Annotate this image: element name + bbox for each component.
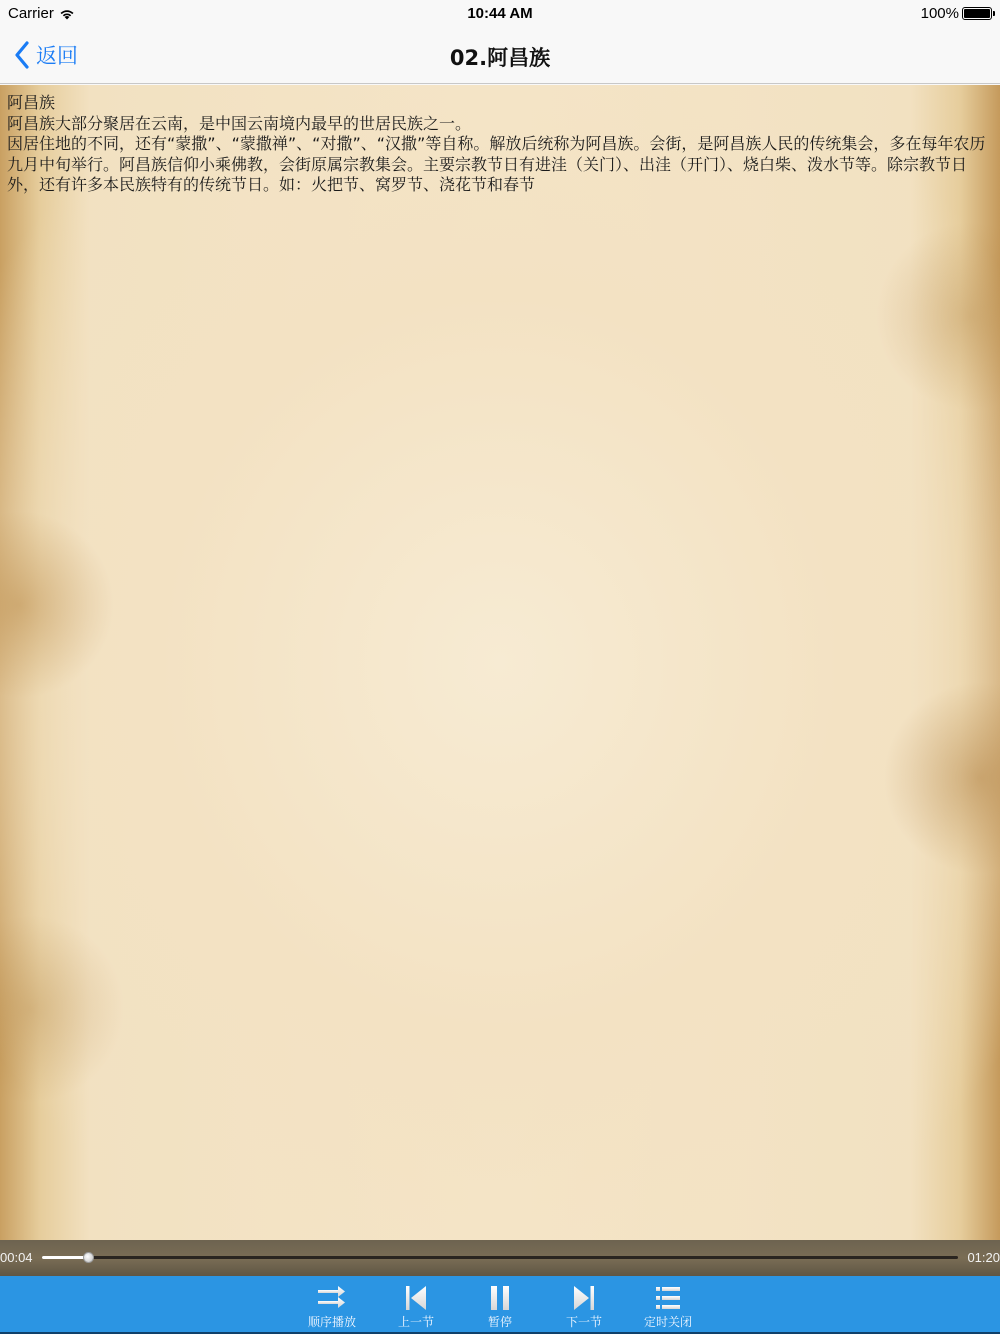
total-time: 01:20 — [967, 1250, 1000, 1265]
article-paragraph: 因居住地的不同，还有“蒙撒”、“蒙撒禅”、“对撒”、“汉撒”等自称。解放后统称为… — [7, 134, 992, 196]
previous-track-button[interactable]: 上一节 — [374, 1276, 458, 1332]
timer-close-label: 定时关闭 — [644, 1313, 692, 1330]
pause-button[interactable]: 暂停 — [458, 1276, 542, 1332]
current-time: 00:04 — [0, 1250, 33, 1265]
progress-slider[interactable] — [42, 1256, 958, 1259]
page-title: 02.阿昌族 — [0, 42, 1000, 72]
playback-toolbar: 顺序播放 上一节 暂停 下一节 定时关闭 — [0, 1276, 1000, 1334]
content-area: 阿昌族 阿昌族大部分聚居在云南，是中国云南境内最早的世居民族之一。 因居住地的不… — [0, 85, 1000, 1240]
repeat-order-label: 顺序播放 — [308, 1313, 356, 1330]
repeat-order-button[interactable]: 顺序播放 — [290, 1276, 374, 1332]
battery-icon — [962, 7, 992, 20]
progress-fill — [42, 1256, 88, 1259]
previous-track-label: 上一节 — [398, 1313, 434, 1330]
pause-icon — [484, 1284, 516, 1312]
article-text: 阿昌族 阿昌族大部分聚居在云南，是中国云南境内最早的世居民族之一。 因居住地的不… — [0, 85, 1000, 196]
progress-thumb[interactable] — [83, 1252, 94, 1263]
battery-info: 100% — [921, 5, 992, 22]
pause-label: 暂停 — [488, 1313, 512, 1330]
next-track-icon — [568, 1284, 600, 1312]
navigation-bar: 返回 02.阿昌族 — [0, 28, 1000, 84]
repeat-order-icon — [316, 1284, 348, 1312]
battery-percent: 100% — [921, 5, 959, 22]
next-track-button[interactable]: 下一节 — [542, 1276, 626, 1332]
next-track-label: 下一节 — [566, 1313, 602, 1330]
status-time: 10:44 AM — [0, 5, 1000, 22]
article-paragraph: 阿昌族大部分聚居在云南，是中国云南境内最早的世居民族之一。 — [7, 114, 992, 135]
timer-list-icon — [652, 1284, 684, 1312]
status-bar: Carrier 10:44 AM 100% — [0, 0, 1000, 28]
timer-close-button[interactable]: 定时关闭 — [626, 1276, 710, 1332]
article-heading: 阿昌族 — [7, 93, 992, 114]
previous-track-icon — [400, 1284, 432, 1312]
player-progress-bar: 00:04 01:20 — [0, 1240, 1000, 1276]
